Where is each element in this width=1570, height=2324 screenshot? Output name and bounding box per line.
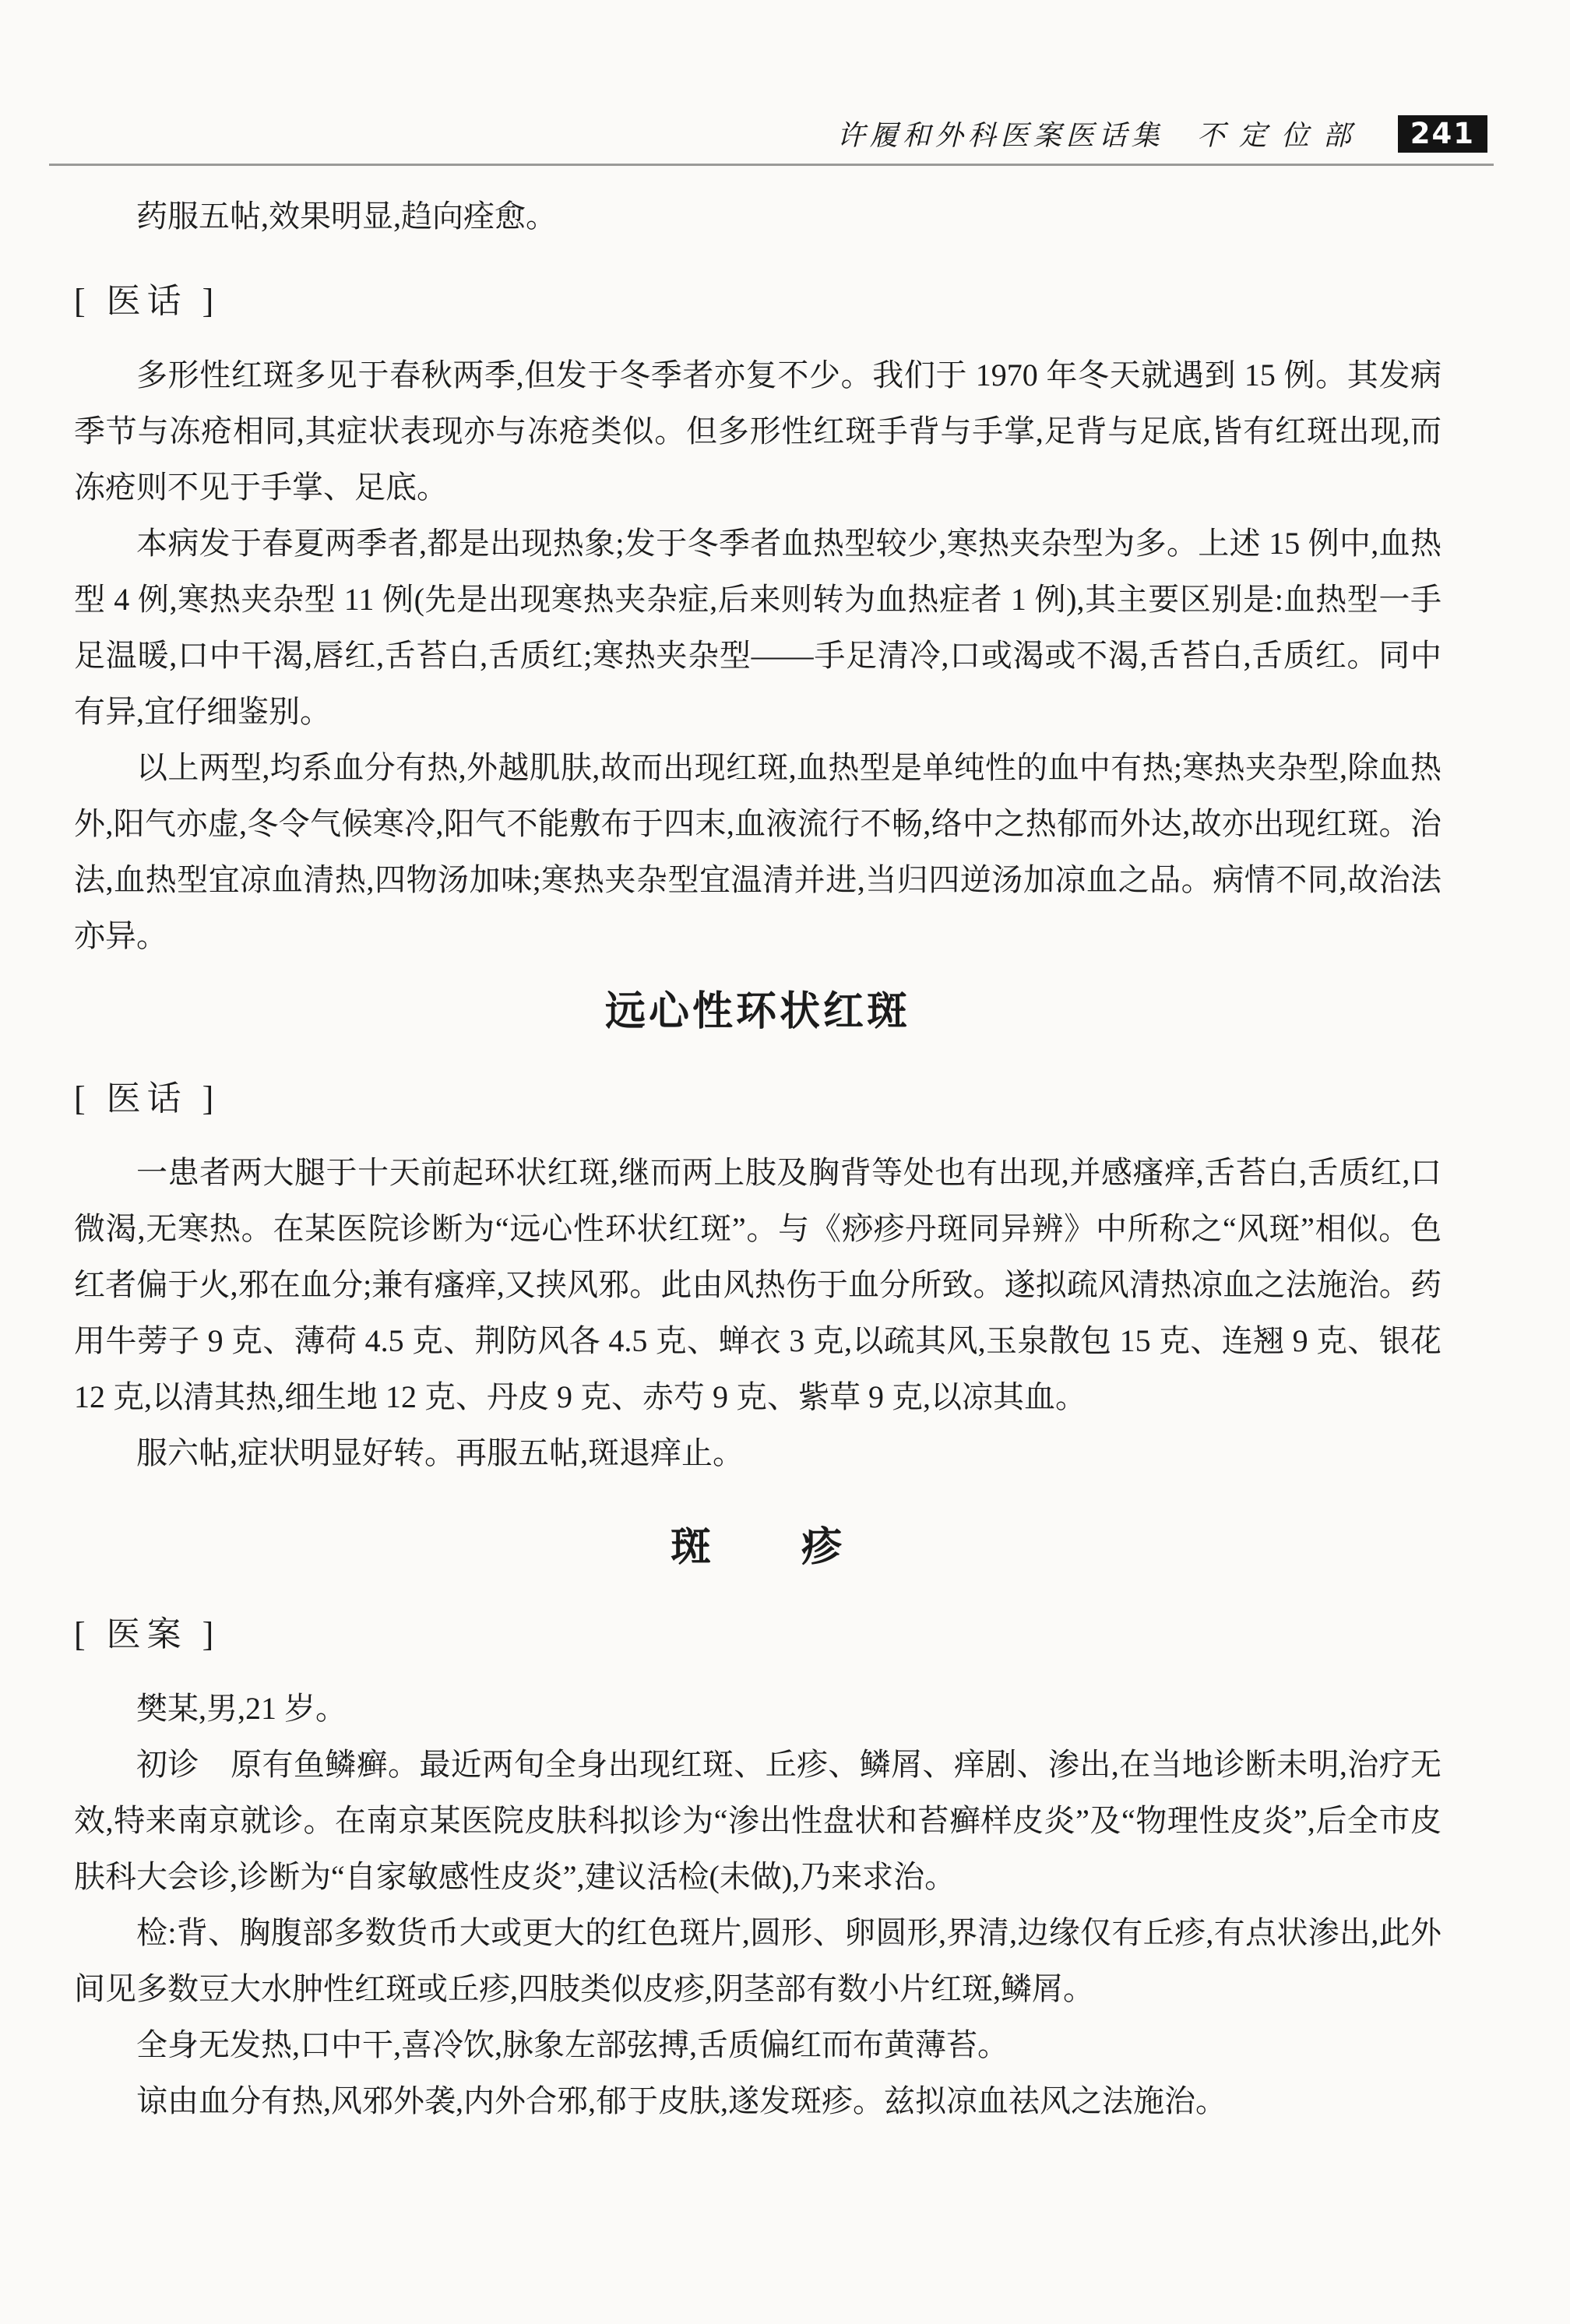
section-label-yian: [ 医案 ] bbox=[74, 1611, 1442, 1659]
header-divider bbox=[49, 164, 1494, 166]
page-number-badge: 241 bbox=[1398, 115, 1487, 153]
page-body: 药服五帖,效果明显,趋向痊愈。 [ 医话 ] 多形性红斑多见于春秋两季,但发于冬… bbox=[74, 188, 1442, 2129]
section-heading-annular-erythema: 远心性环状红斑 bbox=[74, 981, 1442, 1042]
paragraph: 本病发于春夏两季者,都是出现热象;发于冬季者血热型较少,寒热夹杂型为多。上述 1… bbox=[74, 516, 1442, 740]
section-heading-banzhen: 斑 疹 bbox=[74, 1517, 1442, 1578]
book-page: 许履和外科医案医话集 不定位部 241 药服五帖,效果明显,趋向痊愈。 [ 医话… bbox=[0, 0, 1570, 2324]
paragraph-case-conclusion: 药服五帖,效果明显,趋向痊愈。 bbox=[74, 188, 1442, 245]
section-label-yihua-2: [ 医话 ] bbox=[74, 1075, 1442, 1123]
running-head-section: 不定位部 bbox=[1197, 114, 1365, 153]
paragraph: 服六帖,症状明显好转。再服五帖,斑退痒止。 bbox=[74, 1425, 1442, 1481]
paragraph-patient-info: 樊某,男,21 岁。 bbox=[74, 1681, 1442, 1737]
section-label-yihua-1: [ 医话 ] bbox=[74, 277, 1442, 326]
paragraph: 一患者两大腿于十天前起环状红斑,继而两上肢及胸背等处也有出现,并感瘙痒,舌苔白,… bbox=[74, 1145, 1442, 1425]
running-head: 许履和外科医案医话集 不定位部 241 bbox=[74, 114, 1487, 153]
paragraph-first-visit: 初诊 原有鱼鳞癣。最近两旬全身出现红斑、丘疹、鳞屑、痒剧、渗出,在当地诊断未明,… bbox=[74, 1737, 1442, 1905]
paragraph-symptoms: 全身无发热,口中干,喜冷饮,脉象左部弦搏,舌质偏红而布黄薄苔。 bbox=[74, 2017, 1442, 2073]
paragraph-treatment-plan: 谅由血分有热,风邪外袭,内外合邪,郁于皮肤,遂发斑疹。兹拟凉血祛风之法施治。 bbox=[74, 2073, 1442, 2129]
running-head-book-title: 许履和外科医案医话集 bbox=[837, 114, 1164, 153]
paragraph-examination: 检:背、胸腹部多数货币大或更大的红色斑片,圆形、卵圆形,界清,边缘仅有丘疹,有点… bbox=[74, 1905, 1442, 2017]
paragraph: 多形性红斑多见于春秋两季,但发于冬季者亦复不少。我们于 1970 年冬天就遇到 … bbox=[74, 347, 1442, 516]
paragraph: 以上两型,均系血分有热,外越肌肤,故而出现红斑,血热型是单纯性的血中有热;寒热夹… bbox=[74, 740, 1442, 964]
